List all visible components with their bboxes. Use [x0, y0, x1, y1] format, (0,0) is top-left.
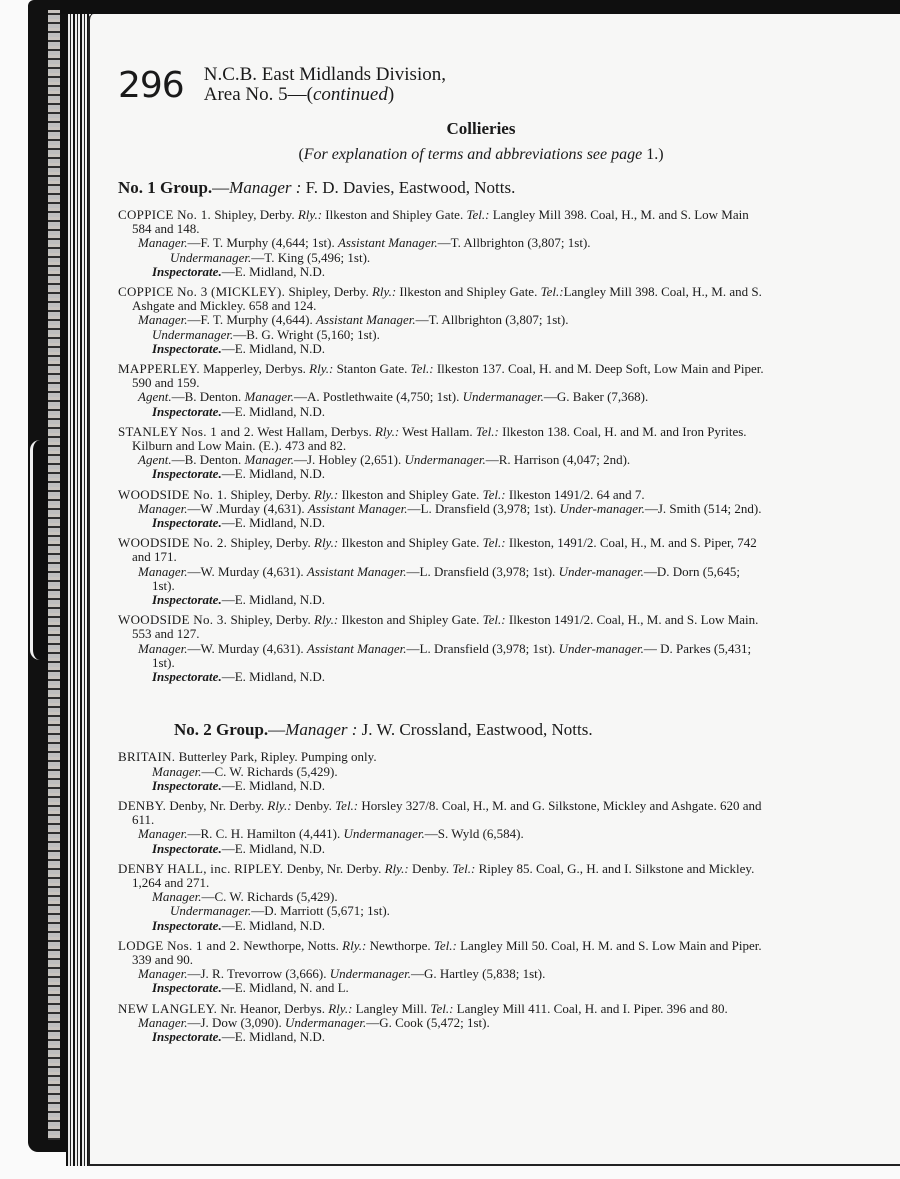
colliery-entry: BRITAIN. Butterley Park, Ripley. Pumping…: [118, 750, 764, 793]
abbreviations-note: (For explanation of terms and abbreviati…: [118, 146, 764, 164]
title-line-2: Area No. 5—(continued): [204, 85, 446, 105]
group-heading-1: No. 1 Group.—Manager : F. D. Davies, Eas…: [118, 178, 764, 198]
spine-texture: [48, 10, 60, 1140]
title-line-1: N.C.B. East Midlands Division,: [204, 65, 446, 85]
colliery-entry: WOODSIDE No. 1. Shipley, Derby. Rly.: Il…: [118, 488, 764, 531]
section-heading: Collieries: [118, 119, 764, 139]
page-number: 296: [118, 68, 184, 104]
page-title: N.C.B. East Midlands Division, Area No. …: [204, 65, 446, 105]
colliery-entry: STANLEY Nos. 1 and 2. West Hallam, Derby…: [118, 425, 764, 482]
colliery-entry: MAPPERLEY. Mapperley, Derbys. Rly.: Stan…: [118, 362, 764, 419]
colliery-entry: DENBY. Denby, Nr. Derby. Rly.: Denby. Te…: [118, 799, 764, 856]
group-heading-2: No. 2 Group.—Manager : J. W. Crossland, …: [118, 720, 764, 740]
page-content: 296 N.C.B. East Midlands Division, Area …: [118, 62, 764, 1050]
colliery-entry: DENBY HALL, inc. RIPLEY. Denby, Nr. Derb…: [118, 862, 764, 933]
colliery-entry: WOODSIDE No. 3. Shipley, Derby. Rly.: Il…: [118, 613, 764, 684]
colliery-entry: NEW LANGLEY. Nr. Heanor, Derbys. Rly.: L…: [118, 1002, 764, 1045]
book-cover-top: [60, 0, 900, 14]
colliery-entry: WOODSIDE No. 2. Shipley, Derby. Rly.: Il…: [118, 536, 764, 607]
colliery-entry: COPPICE No. 1. Shipley, Derby. Rly.: Ilk…: [118, 208, 764, 279]
colliery-entry: LODGE Nos. 1 and 2. Newthorpe, Notts. Rl…: [118, 939, 764, 996]
colliery-entry: COPPICE No. 3 (MICKLEY). Shipley, Derby.…: [118, 285, 764, 356]
page-header: 296 N.C.B. East Midlands Division, Area …: [118, 62, 764, 105]
